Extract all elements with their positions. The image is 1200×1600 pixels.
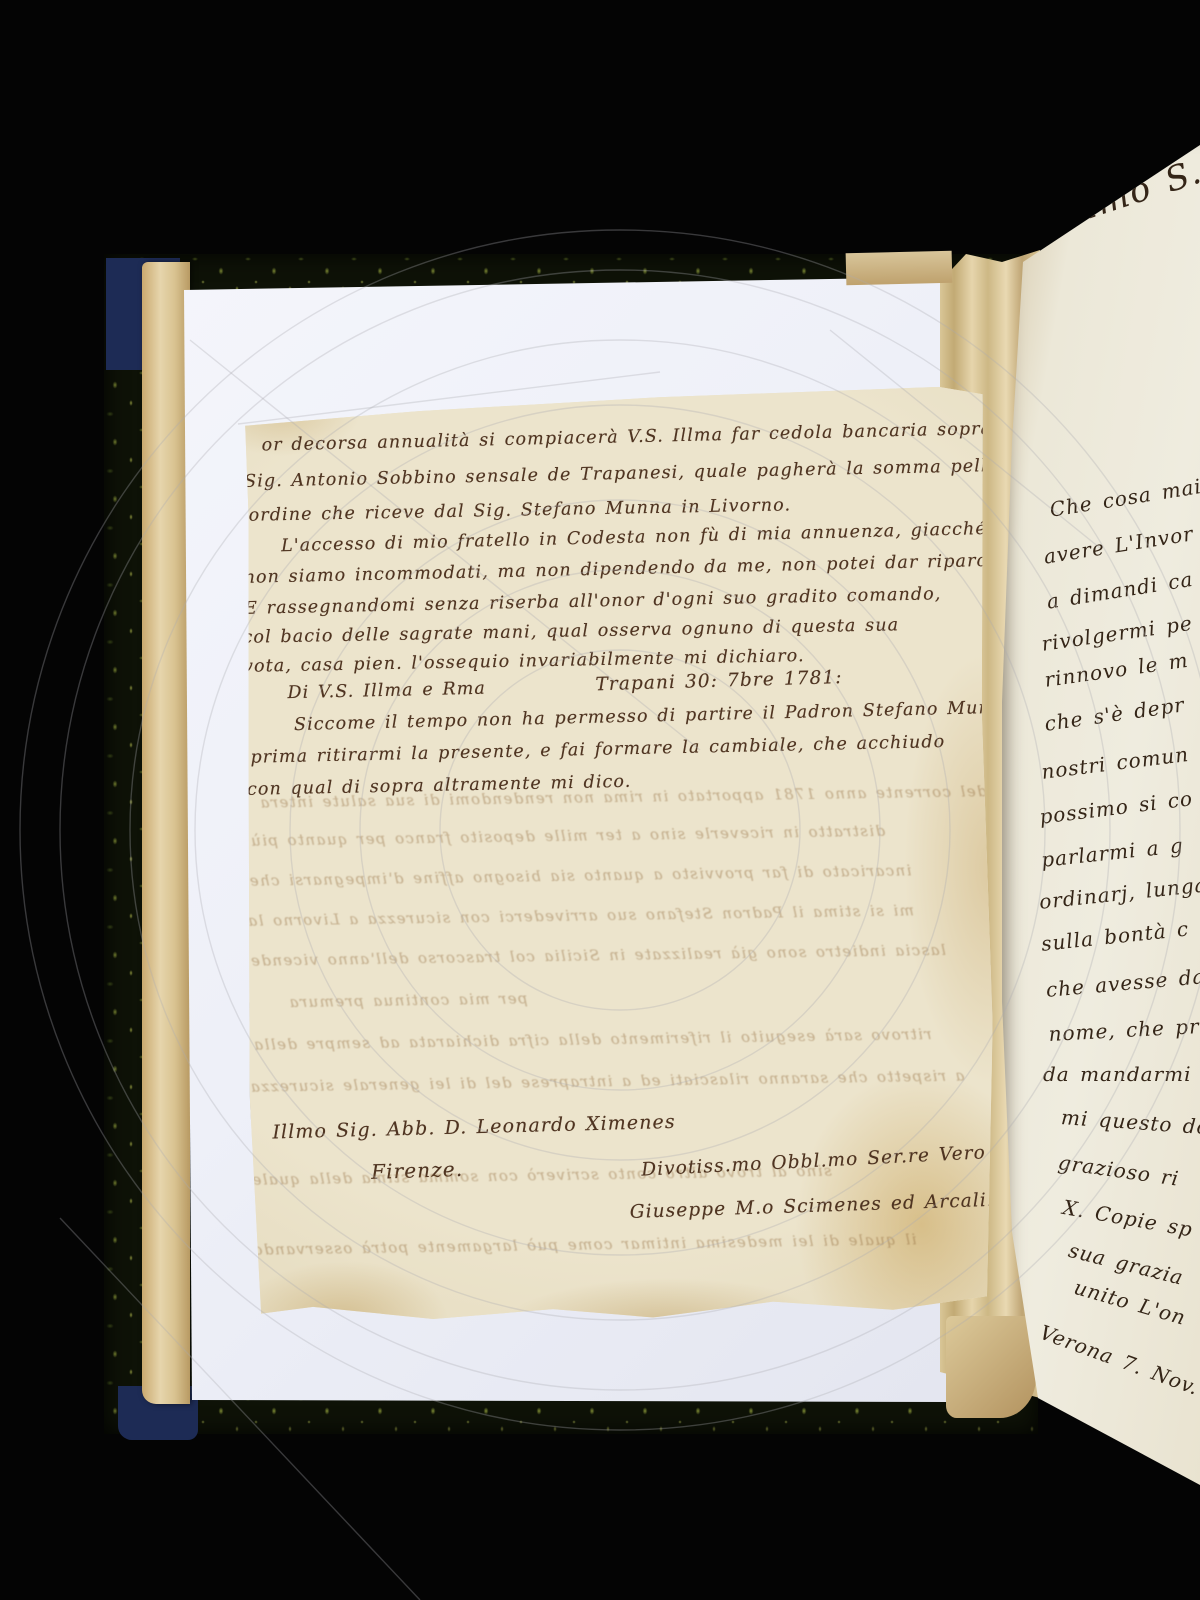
facing-line: Che cosa mai e [1048,470,1200,521]
signature-line: Giuseppe M.o Scimenes ed Arcali. [629,1190,994,1223]
body-line: or decorsa annualità si compiacerà V.S. … [261,418,997,455]
dateline: Trapani 30: 7bre 1781: [595,667,843,695]
postscript-line: prima ritirarmi la presente, e fai forma… [250,732,945,768]
body-line: col bacio delle sagrate mani, qual osser… [242,615,899,648]
facing-line: ordinarj, lunga [1038,872,1200,914]
facing-page: Illmo S.Che cosa mai eavere L'Invora dim… [1000,140,1200,1500]
address-line: Illmo Sig. Abb. D. Leonardo Ximenes [272,1111,676,1144]
facing-line: a dimandi ca [1045,567,1195,614]
page-header: Illmo S. [1052,151,1200,236]
facing-line: X. Copie sp [1061,1195,1195,1242]
page-edge-sliver [846,251,953,286]
bleedthrough-line: incaricato di far provvisto a quanto sia… [248,861,911,889]
page-edge-curl [946,1316,1036,1418]
body-line: E rassegnandomi senza riserba all'onor d… [244,584,942,619]
postscript-line: Siccome il tempo non ha permesso di part… [294,697,998,735]
bleedthrough-line: per mia continua premura [288,989,528,1011]
body-line: non siamo incommodati, ma non dipendendo… [243,551,994,588]
facing-line: che s'è depr [1043,692,1186,735]
photo-frame: or decorsa annualità si compiacerà V.S. … [0,0,1200,1600]
facing-line: grazioso ri [1057,1150,1181,1191]
facing-line: mi questo dott [1060,1105,1200,1141]
body-line: L'accesso di mio fratello in Codesta non… [281,519,987,556]
bleedthrough-line: distratto in riceverle sino a ter mille … [250,822,886,850]
manuscript-letter: or decorsa annualità si compiacerà V.S. … [239,384,998,1328]
body-line: Sig. Antonio Sobbino sensale de Trapanes… [244,456,988,492]
body-line: ordine che riceve dal Sig. Stefano Munna… [248,495,791,525]
bleedthrough-line: lascia indietro sono già realizzate in S… [249,941,945,970]
facing-line: possimo si co [1038,786,1194,829]
bleedthrough-line: mi si stima il Padron Stefano suo arrive… [247,901,914,929]
facing-line: nostri comun [1040,742,1190,784]
facing-line: Verona 7. Nov. [1037,1320,1200,1400]
valediction-line: Di V.S. Illma e Rma [287,679,486,703]
bleedthrough-line: a rispetto che saranno rilasciati ed a i… [249,1067,964,1096]
facing-line: che avesse da [1045,964,1200,1002]
facing-line: parlarmi a g [1040,833,1185,872]
facing-line: nome, che pr [1048,1014,1200,1046]
facing-line: sulla bontà c [1040,916,1190,955]
page-edge-stack [142,262,190,1404]
facing-line: rinnovo le m [1043,648,1190,692]
bleedthrough-line: ritrovo sarà eseguito il riferimento del… [253,1025,932,1054]
facing-line: avere L'Invor [1042,521,1195,568]
facing-line: da mandarmi [1043,1062,1192,1086]
bleedthrough-line: il quale di lei medesima intimar come pu… [252,1230,917,1258]
